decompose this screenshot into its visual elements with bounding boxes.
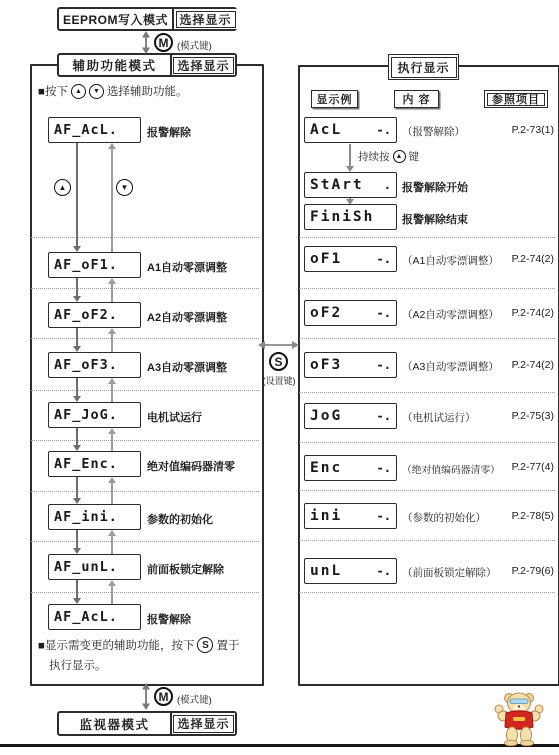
row-content: 报警解除开始 bbox=[402, 179, 468, 195]
mode-key-caption: (模式键) bbox=[177, 38, 212, 52]
divider bbox=[299, 338, 555, 339]
mode-title: 监视器模式 bbox=[59, 713, 170, 734]
row-reference: P.2-78(5) bbox=[486, 510, 554, 522]
mode-key-icon: M bbox=[154, 33, 173, 52]
seg-display-jog: JoG-. bbox=[304, 403, 397, 429]
function-label: A2自动零漂调整 bbox=[147, 309, 227, 325]
function-label: A3自动零漂调整 bbox=[147, 359, 227, 375]
set-key-caption: (设置键) bbox=[257, 374, 301, 387]
mode-title: EEPROM写入模式 bbox=[59, 9, 172, 29]
seg-display-af-of2: AF_oF2. bbox=[48, 302, 141, 328]
seg-display-ini: ini-. bbox=[304, 503, 397, 529]
up-down-arrow-icon bbox=[141, 31, 151, 54]
select-display-box: 选择显示 bbox=[170, 55, 235, 75]
seg-display-unl: unL-. bbox=[304, 558, 397, 584]
divider bbox=[299, 490, 555, 491]
select-display-box: 选择显示 bbox=[170, 713, 235, 734]
down-key-icon: ▼ bbox=[89, 84, 104, 99]
divider bbox=[299, 288, 555, 289]
row-reference: P.2-74(2) bbox=[486, 253, 554, 265]
row-content: （报警解除） bbox=[402, 124, 465, 139]
seg-display-af-of3: AF_oF3. bbox=[48, 352, 141, 378]
up-down-arrows bbox=[48, 477, 141, 504]
function-label: 绝对值编码器清零 bbox=[147, 458, 235, 474]
up-down-arrows bbox=[48, 530, 141, 554]
seg-display-af-ini: AF_ini. bbox=[48, 504, 141, 530]
seg-display-of1: oF1-. bbox=[304, 246, 397, 272]
seg-display-of3: oF3-. bbox=[304, 352, 397, 378]
row-reference: P.2-73(1) bbox=[486, 124, 554, 136]
row-content: （前面板锁定解除） bbox=[402, 565, 497, 580]
row-content: （参数的初始化） bbox=[402, 510, 486, 525]
function-label: 报警解除 bbox=[147, 124, 191, 140]
seg-display-finish: FiniSh bbox=[304, 204, 397, 230]
up-down-arrows bbox=[48, 580, 141, 604]
monitor-mode-box: 监视器模式 选择显示 bbox=[57, 711, 237, 736]
row-content: （A3自动零漂调整） bbox=[402, 359, 499, 374]
eeprom-write-mode-box: EEPROM写入模式 选择显示 bbox=[57, 7, 237, 31]
row-content: （A2自动零漂调整） bbox=[402, 307, 499, 322]
instruction-execute-line2: 执行显示。 bbox=[49, 657, 107, 673]
up-key-icon: ▲ bbox=[71, 84, 86, 99]
seg-display-af-acl-2: AF_AcL. bbox=[48, 604, 141, 630]
page-bottom-rule bbox=[0, 744, 559, 747]
mode-key-caption: (模式键) bbox=[177, 692, 212, 706]
row-content: 报警解除结束 bbox=[402, 211, 468, 227]
column-header-content: 内 容 bbox=[394, 90, 439, 108]
instruction-select-function: ■按下 ▲ ▼ 选择辅助功能。 bbox=[38, 83, 187, 99]
row-content: （电机试运行） bbox=[402, 410, 476, 425]
set-key-icon: S bbox=[197, 637, 213, 653]
up-key-icon: ▲ bbox=[393, 150, 406, 163]
mode-key-icon: M bbox=[154, 687, 173, 706]
hold-key-note: 持续按 ▲ 键 bbox=[358, 149, 419, 164]
set-key-icon: S bbox=[269, 352, 288, 371]
select-display-box: 选择显示 bbox=[172, 9, 237, 29]
function-label: 报警解除 bbox=[147, 611, 191, 627]
aux-function-mode-box: 辅助功能模式 选择显示 bbox=[57, 53, 237, 77]
seg-display-start: StArt. bbox=[304, 172, 397, 198]
seg-display-of2: oF2-. bbox=[304, 300, 397, 326]
divider bbox=[299, 442, 555, 443]
up-down-arrows bbox=[48, 143, 141, 252]
up-down-arrows bbox=[48, 428, 141, 451]
row-content: （A1自动零漂调整） bbox=[402, 253, 499, 268]
mode-title: 辅助功能模式 bbox=[59, 55, 170, 75]
up-down-arrows bbox=[48, 278, 141, 302]
seg-display-af-jog: AF_JoG. bbox=[48, 402, 141, 428]
seg-display-acl: AcL-. bbox=[304, 117, 397, 143]
seg-display-af-acl: AF_AcL. bbox=[48, 117, 141, 143]
divider bbox=[299, 540, 555, 541]
row-reference: P.2-74(2) bbox=[486, 359, 554, 371]
seg-display-af-of1: AF_oF1. bbox=[48, 252, 141, 278]
seg-display-enc: Enc-. bbox=[304, 455, 397, 481]
divider bbox=[299, 592, 555, 593]
up-key-icon: ▲ bbox=[54, 179, 71, 196]
row-reference: P.2-75(3) bbox=[486, 410, 554, 422]
seg-display-af-unl: AF_unL. bbox=[48, 554, 141, 580]
panel-title: 执行显示 bbox=[391, 57, 457, 78]
instruction-execute: ■显示需变更的辅助功能，按下 S 置于 bbox=[38, 637, 239, 653]
down-arrow bbox=[345, 144, 355, 172]
divider bbox=[299, 237, 555, 238]
column-header-display-example: 显示例 bbox=[311, 90, 358, 108]
up-down-arrow-icon bbox=[141, 683, 151, 710]
function-label: A1自动零漂调整 bbox=[147, 259, 227, 275]
function-label: 参数的初始化 bbox=[147, 511, 213, 527]
column-header-reference: 参照项目 bbox=[484, 90, 548, 108]
function-label: 电机试运行 bbox=[147, 409, 202, 425]
execution-display-title-box: 执行显示 bbox=[388, 54, 459, 80]
up-down-arrows bbox=[48, 378, 141, 402]
row-reference: P.2-79(6) bbox=[486, 565, 554, 577]
seg-display-af-enc: AF_Enc. bbox=[48, 451, 141, 477]
row-reference: P.2-74(2) bbox=[486, 307, 554, 319]
down-key-icon: ▼ bbox=[116, 179, 133, 196]
up-down-arrows bbox=[48, 328, 141, 352]
function-label: 前面板锁定解除 bbox=[147, 561, 224, 577]
manual-diagram-page: EEPROM写入模式 选择显示 M (模式键) 辅助功能模式 选择显示 ■按下 … bbox=[0, 0, 559, 755]
left-right-arrow-icon bbox=[258, 340, 299, 350]
divider bbox=[299, 392, 555, 393]
row-reference: P.2-77(4) bbox=[486, 461, 554, 473]
store-mascot-bear bbox=[492, 690, 546, 746]
